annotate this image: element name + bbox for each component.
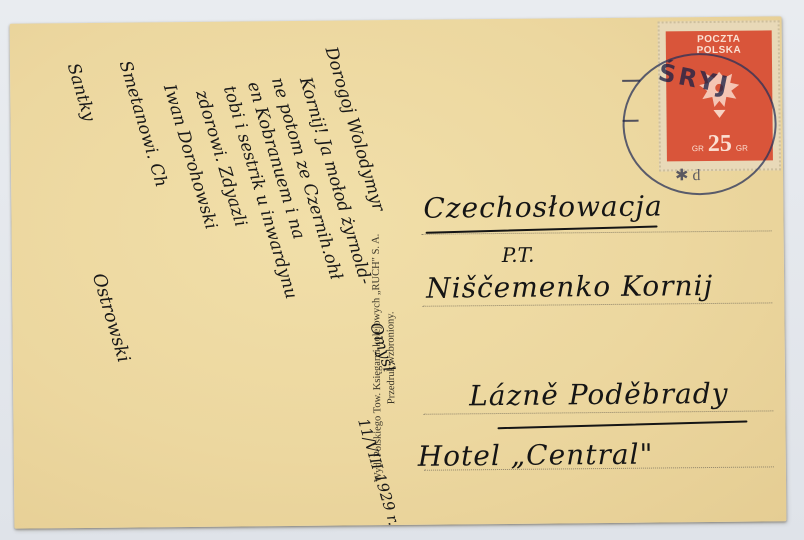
message-line-8: Smetanowi. Ch [115, 59, 171, 190]
city-underline [497, 420, 747, 429]
address-salutation: P.T. [502, 243, 535, 267]
address-hotel: Hotel „Central" [418, 438, 654, 473]
stamp-value: 25 [708, 131, 732, 158]
postmark-bar-left [622, 80, 640, 82]
postmark-footer: ✱ d [675, 165, 701, 185]
postcard: POCZTA POLSKA GR 25 GR ŚRYJ ✱ d Wyd. Pol… [10, 16, 787, 528]
stamp-label-line2: POLSKA [696, 45, 741, 56]
stamp-value-row: GR 25 GR [692, 131, 748, 159]
message-line-9: Santky [63, 61, 99, 124]
address-city: Lázně Poděbrady [469, 377, 729, 412]
postmark-bar-left-2 [623, 120, 639, 122]
stamp-label-line1: POCZTA [696, 34, 741, 45]
message-signature: Ostrowski [88, 271, 134, 365]
address-country: Czechosłowacja [423, 189, 663, 224]
stamp-currency-left: GR [692, 144, 704, 153]
stamp-currency-right: GR [736, 144, 748, 153]
address-recipient-name: Niščemenko Kornij [426, 269, 713, 305]
stamp-country-label: POCZTA POLSKA [696, 34, 741, 56]
